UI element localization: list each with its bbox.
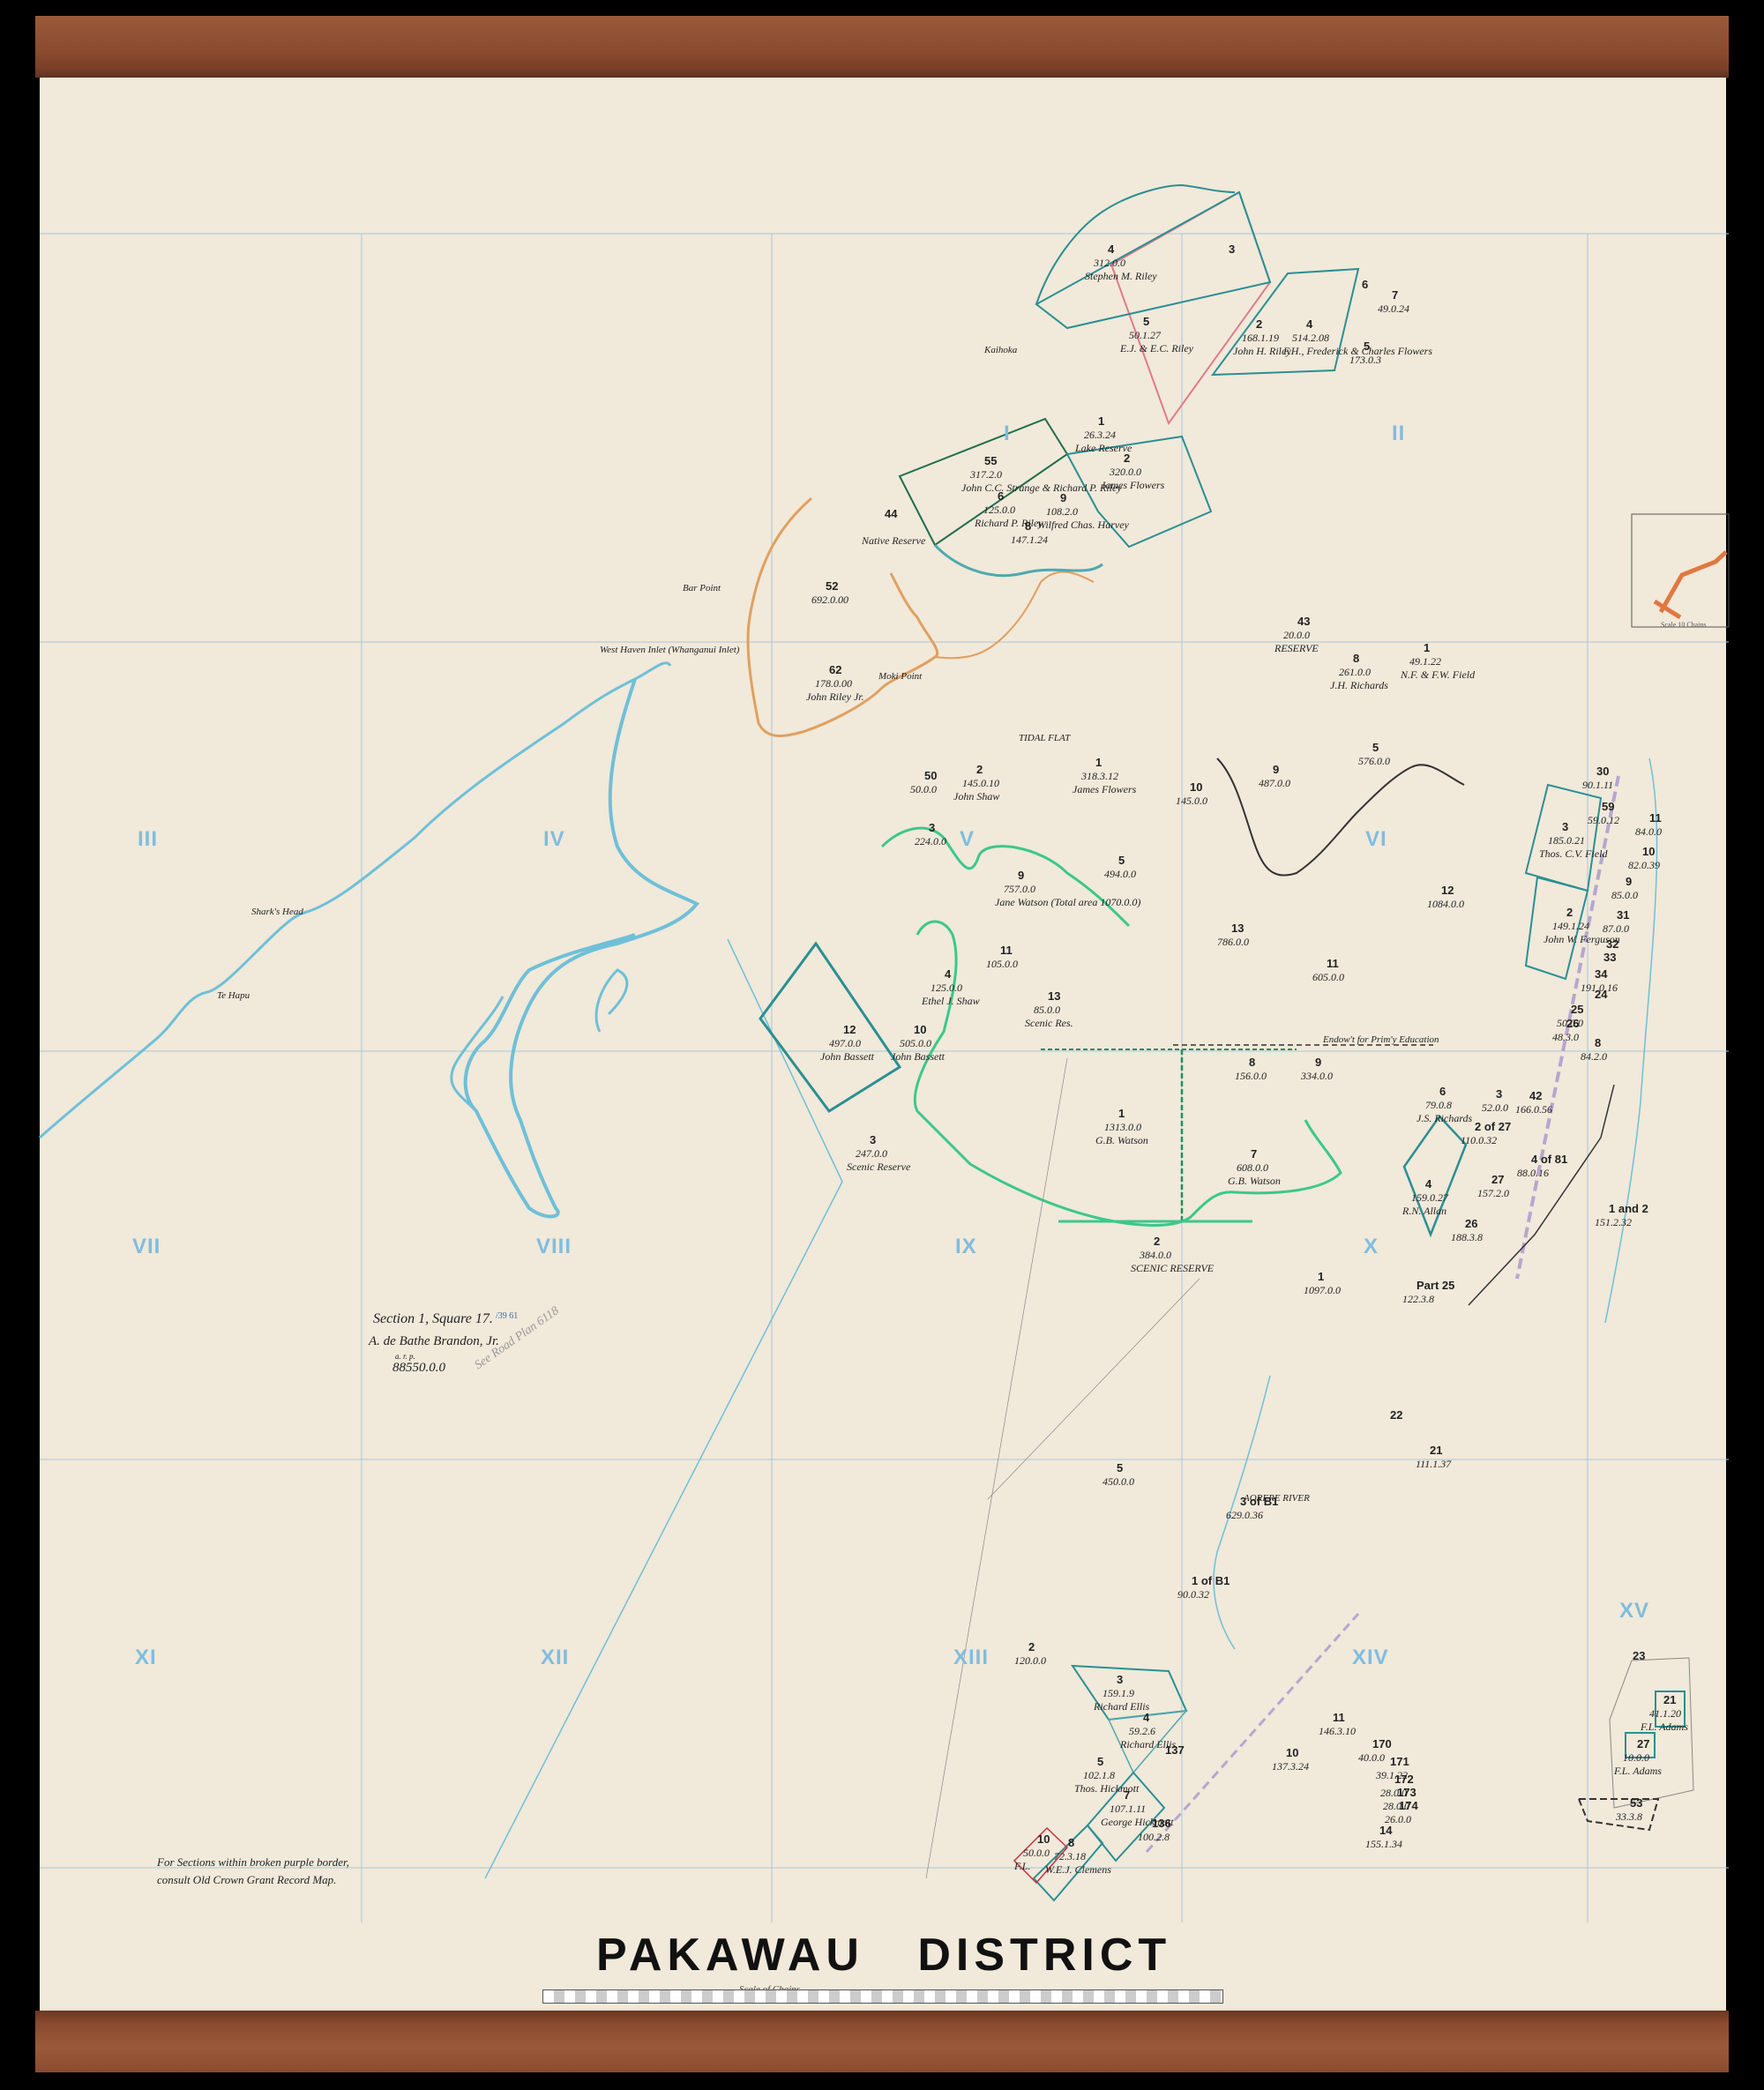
section-number: 32 xyxy=(1606,938,1618,950)
section-area: 125.0.0 xyxy=(931,982,962,993)
section-area: 576.0.0 xyxy=(1358,756,1390,766)
section-number: 170 xyxy=(1372,1738,1392,1750)
section-area: 10.0.0 xyxy=(1623,1752,1649,1763)
section-area: 84.2.0 xyxy=(1581,1051,1607,1062)
section-number: 8 xyxy=(1249,1056,1255,1068)
section-area: 494.0.0 xyxy=(1104,869,1136,879)
section-number: 1 xyxy=(1118,1108,1125,1119)
section-number: 22 xyxy=(1390,1409,1402,1421)
section-number: 5 xyxy=(1364,340,1370,352)
section-area: 334.0.0 xyxy=(1301,1071,1333,1081)
section-area: 79.0.8 xyxy=(1425,1100,1452,1110)
section-area: 145.0.0 xyxy=(1176,795,1207,806)
section-area: 1097.0.0 xyxy=(1304,1285,1341,1295)
map-title: PAKAWAU DISTRICT xyxy=(596,1929,1171,1982)
section-area: 82.0.39 xyxy=(1628,860,1660,870)
section-number: 59 xyxy=(1602,801,1614,812)
section-area: 90.0.32 xyxy=(1177,1589,1209,1600)
section-area: 52.0.0 xyxy=(1482,1102,1508,1113)
section-area: 59.0.12 xyxy=(1588,815,1619,825)
section-number: 13 xyxy=(1048,990,1060,1002)
section-area: 786.0.0 xyxy=(1217,937,1249,947)
section-area: 605.0.0 xyxy=(1312,972,1344,982)
section-area: 72.3.18 xyxy=(1054,1851,1086,1862)
section-note-line1: Section 1, Square 17. xyxy=(373,1311,493,1327)
section-number: 26 xyxy=(1566,1018,1579,1029)
section-number: Part 25 xyxy=(1416,1280,1454,1291)
section-number: 4 xyxy=(1306,318,1312,330)
section-area: 224.0.0 xyxy=(915,836,946,847)
section-number: 34 xyxy=(1595,968,1607,980)
section-number: 3 xyxy=(870,1134,876,1146)
section-number: 10 xyxy=(1037,1833,1050,1845)
section-area: 20.0.0 xyxy=(1283,630,1310,640)
section-number: 7 xyxy=(1251,1148,1257,1160)
survey-district-numeral: XI xyxy=(135,1646,157,1670)
section-area: 155.1.34 xyxy=(1365,1839,1402,1849)
section-number: 173 xyxy=(1397,1787,1416,1798)
survey-district-numeral: X xyxy=(1364,1235,1379,1259)
section-number: 10 xyxy=(914,1024,926,1035)
section-number: 24 xyxy=(1595,989,1607,1000)
place-name: TIDAL FLAT xyxy=(1019,734,1070,743)
section-area: 90.1.11 xyxy=(1582,780,1613,790)
section-number: 171 xyxy=(1390,1756,1409,1767)
section-note-surveyor: A. de Bathe Brandon, Jr. xyxy=(369,1334,499,1349)
section-area: 108.2.0 xyxy=(1046,506,1078,517)
section-number: 4 xyxy=(1143,1712,1149,1723)
section-area: 50.0.0 xyxy=(910,784,937,795)
section-number: 44 xyxy=(885,508,897,519)
west-coastline xyxy=(40,663,670,1138)
section-note-units: a. r. p. xyxy=(395,1352,415,1361)
place-name: Moki Point xyxy=(878,672,922,682)
section-number: 9 xyxy=(1315,1056,1321,1068)
section-area: 487.0.0 xyxy=(1259,778,1290,788)
section-area: 166.0.56 xyxy=(1515,1104,1552,1115)
section-owner: James Flowers xyxy=(1073,784,1136,795)
section-area: 317.2.0 xyxy=(970,469,1002,480)
section-number: 5 xyxy=(1143,316,1149,327)
survey-district-numeral: II xyxy=(1392,422,1405,446)
section-number: 4 xyxy=(1425,1178,1431,1190)
section-owner: Native Reserve xyxy=(862,535,925,546)
section-owner: John Riley Jr. xyxy=(806,691,864,702)
section-number: 4 xyxy=(945,968,951,980)
section-number: 11 xyxy=(1327,958,1339,969)
place-name: Bar Point xyxy=(683,584,721,593)
section-area: 159.1.9 xyxy=(1102,1688,1134,1698)
section-owner: John H. Riley xyxy=(1233,346,1291,356)
section-number: 8 xyxy=(1353,653,1359,664)
section-area: 87.0.0 xyxy=(1603,923,1629,934)
section-area: 149.1.24 xyxy=(1552,921,1589,931)
section-number: 1 of B1 xyxy=(1192,1575,1230,1586)
section-area: 156.0.0 xyxy=(1235,1071,1267,1081)
section-owner: James Flowers xyxy=(1101,480,1164,490)
section-number: 12 xyxy=(843,1024,856,1035)
section-owner: Lake Reserve xyxy=(1075,443,1132,453)
section-area: 145.0.10 xyxy=(962,778,999,788)
section-area: 33.3.8 xyxy=(1616,1811,1642,1822)
place-name: West Haven Inlet (Whanganui Inlet) xyxy=(600,646,739,655)
footnote-line2: consult Old Crown Grant Record Map. xyxy=(157,1873,336,1887)
section-area: 497.0.0 xyxy=(829,1038,861,1049)
section-area: 50.0.0 xyxy=(1023,1847,1050,1858)
place-name: AORERE RIVER xyxy=(1244,1494,1310,1504)
footnote-line1: For Sections within broken purple border… xyxy=(157,1855,349,1870)
section-owner: Jane Watson (Total area 1070.0.0) xyxy=(995,897,1140,907)
section-number: 5 xyxy=(1097,1756,1103,1767)
section-number: 8 xyxy=(1068,1837,1074,1848)
section-number: 52 xyxy=(826,580,838,592)
section-area: 178.0.00 xyxy=(815,678,852,689)
section-owner: Richard Ellis xyxy=(1094,1701,1149,1712)
survey-district-numeral: IV xyxy=(543,827,565,852)
section-owner: W.E.J. Clemens xyxy=(1045,1864,1111,1875)
section-number: 3 xyxy=(1562,821,1568,832)
inlet-coastline xyxy=(466,679,697,1216)
section-number: 7 xyxy=(1392,289,1398,301)
inset-map-frame xyxy=(1632,514,1729,627)
section-area: 137.3.24 xyxy=(1272,1761,1309,1772)
section-area: 49.0.24 xyxy=(1378,303,1409,314)
section-number: 3 xyxy=(929,822,935,833)
section-area: 122.3.8 xyxy=(1402,1294,1434,1304)
section-number: 11 xyxy=(1649,812,1662,824)
section-number: 136 xyxy=(1152,1818,1171,1829)
survey-district-numeral: XIV xyxy=(1352,1646,1389,1670)
section-number: 3 xyxy=(1117,1674,1123,1685)
section-area: 125.0.0 xyxy=(983,504,1015,515)
section-owner: John Bassett xyxy=(891,1051,945,1062)
section-number: 27 xyxy=(1637,1738,1649,1750)
section-number: 2 of 27 xyxy=(1475,1121,1511,1132)
section-number: 62 xyxy=(829,664,841,676)
section-number: 21 xyxy=(1663,1694,1676,1706)
section-area: 84.0.0 xyxy=(1635,826,1662,837)
section-area: 85.0.0 xyxy=(1034,1004,1060,1015)
section-number: 11 xyxy=(1000,944,1013,956)
section-number: 23 xyxy=(1633,1650,1645,1661)
section-number: 7 xyxy=(1124,1789,1130,1801)
section-number: 6 xyxy=(1439,1086,1446,1097)
section-number: 5 xyxy=(1372,742,1379,753)
section-number: 1 xyxy=(1424,642,1430,653)
survey-district-numeral: XV xyxy=(1619,1599,1649,1623)
section-owner: E.J. & E.C. Riley xyxy=(1120,343,1193,354)
section-area: 48.3.0 xyxy=(1552,1032,1579,1042)
section-owner: John Bassett xyxy=(820,1051,874,1062)
section-owner: N.F. & F.W. Field xyxy=(1401,669,1475,680)
section-area: 1313.0.0 xyxy=(1104,1122,1141,1132)
section-area: 50.1.27 xyxy=(1129,330,1161,340)
section-owner: John Shaw xyxy=(953,791,999,802)
section-number: 43 xyxy=(1297,616,1310,627)
section-number: 10 xyxy=(1286,1747,1298,1758)
section-number: 1 xyxy=(1318,1271,1324,1282)
section-number: 1 xyxy=(1095,757,1102,768)
section-number: 6 xyxy=(1362,279,1368,290)
section-number: 31 xyxy=(1617,909,1629,921)
section-area: 1084.0.0 xyxy=(1427,899,1464,909)
map-linework xyxy=(0,0,1764,2090)
section-owner: R.N. Allan xyxy=(1402,1205,1446,1216)
section-owner: G.B. Watson xyxy=(1228,1176,1281,1186)
section-number: 13 xyxy=(1231,922,1244,934)
section-area: 151.2.32 xyxy=(1595,1217,1632,1228)
survey-district-numeral: VII xyxy=(132,1235,161,1259)
section-number: 2 xyxy=(1028,1641,1035,1653)
section-area: 147.1.24 xyxy=(1011,534,1048,545)
survey-district-numeral: IX xyxy=(955,1235,977,1259)
section-area: 41.1.20 xyxy=(1649,1708,1681,1719)
section-owner: F.L. xyxy=(1014,1861,1030,1871)
section-number: 6 xyxy=(998,490,1004,502)
section-owner: Thos. C.V. Field xyxy=(1539,848,1607,859)
section-area: 173.0.3 xyxy=(1349,355,1381,365)
section-number: 172 xyxy=(1394,1773,1414,1785)
section-area: 26.3.24 xyxy=(1084,429,1116,440)
section-owner: Richard P. Riley xyxy=(975,518,1043,528)
section-owner: J.H. Richards xyxy=(1330,680,1388,690)
section-area: 40.0.0 xyxy=(1358,1752,1385,1763)
section-number: 9 xyxy=(1273,764,1279,775)
section-number: 4 of 81 xyxy=(1531,1153,1567,1165)
section-owner: RESERVE xyxy=(1274,643,1319,653)
section-area: 49.1.22 xyxy=(1409,656,1441,667)
section-area: 168.1.19 xyxy=(1242,332,1279,343)
survey-district-numeral: III xyxy=(138,827,158,852)
place-name: Shark's Head xyxy=(251,907,303,917)
section-area: 450.0.0 xyxy=(1102,1476,1134,1487)
section-number: 25 xyxy=(1571,1004,1583,1015)
section-area: 111.1.37 xyxy=(1416,1459,1451,1469)
section-owner: SCENIC RESERVE xyxy=(1131,1263,1214,1273)
section-number: 27 xyxy=(1491,1174,1504,1185)
creek xyxy=(1217,758,1464,876)
section-number: 12 xyxy=(1441,885,1454,896)
section-area: 261.0.0 xyxy=(1339,667,1371,677)
section-number: 14 xyxy=(1379,1825,1392,1836)
section-area: 146.3.10 xyxy=(1319,1726,1356,1736)
pink-parcel-boundary xyxy=(1111,192,1270,423)
section-number: 2 xyxy=(1256,318,1262,330)
section-owner: Scenic Reserve xyxy=(847,1161,910,1172)
section-note-area: 88550.0.0 xyxy=(392,1361,445,1376)
section-number: 2 xyxy=(1566,907,1573,918)
scale-bar xyxy=(542,1989,1223,2004)
section-area: 514.2.08 xyxy=(1292,332,1329,343)
section-number: 2 xyxy=(1154,1235,1160,1247)
section-area: 320.0.0 xyxy=(1110,467,1141,477)
section-owner: John C.C. Strange & Richard P. Riley xyxy=(961,482,1122,493)
section-area: 85.0.0 xyxy=(1611,890,1638,900)
section-owner: G.B. Watson xyxy=(1095,1135,1148,1146)
section-number: 10 xyxy=(1190,781,1202,793)
survey-district-numeral: XII xyxy=(541,1646,569,1670)
section-area: 757.0.0 xyxy=(1004,884,1035,894)
section-area: 59.2.6 xyxy=(1129,1726,1155,1736)
section-number: 5 xyxy=(1118,855,1125,866)
section-number: 1 and 2 xyxy=(1609,1203,1648,1214)
section-area: 100.2.8 xyxy=(1138,1832,1170,1842)
section-owner: Scenic Res. xyxy=(1025,1018,1073,1028)
district-boundary xyxy=(485,1182,842,1878)
section-number: 3 xyxy=(1229,243,1235,255)
section-number: 55 xyxy=(984,455,997,467)
section-area: 608.0.0 xyxy=(1237,1162,1268,1173)
section-note-ref: /39 61 xyxy=(496,1311,518,1321)
section-area: 247.0.0 xyxy=(856,1148,887,1159)
section-number: 3 xyxy=(1496,1088,1502,1100)
section-number: 174 xyxy=(1399,1800,1418,1811)
section-area: 159.0.27 xyxy=(1411,1192,1448,1203)
section-area: 105.0.0 xyxy=(986,959,1018,969)
section-area: 188.3.8 xyxy=(1451,1232,1483,1243)
section-owner: Stephen M. Riley xyxy=(1085,271,1157,281)
section-owner: F.L. Adams xyxy=(1614,1765,1662,1776)
section-area: 692.0.00 xyxy=(811,594,848,605)
inset-scale-label: Scale 10 Chains xyxy=(1661,622,1707,629)
section-number: 1 xyxy=(1098,415,1104,427)
section-number: 5 xyxy=(1117,1462,1123,1474)
section-number: 9 xyxy=(1060,492,1066,504)
section-owner: Ethel J. Shaw xyxy=(922,996,980,1006)
section-number: 53 xyxy=(1630,1797,1642,1809)
survey-district-numeral: VIII xyxy=(536,1235,572,1259)
section-owner: F.L. Adams xyxy=(1641,1721,1688,1732)
survey-district-numeral: V xyxy=(960,827,975,852)
section-area: 384.0.0 xyxy=(1140,1250,1171,1260)
section-area: 157.2.0 xyxy=(1477,1188,1509,1198)
section-area: 88.0.16 xyxy=(1517,1168,1549,1178)
section-number: 9 xyxy=(1018,870,1024,881)
section-number: 137 xyxy=(1165,1744,1185,1756)
section-owner: J.S. Richards xyxy=(1416,1113,1472,1123)
section-number: 4 xyxy=(1108,243,1114,255)
survey-district-numeral: XIII xyxy=(953,1646,989,1670)
section-number: 2 xyxy=(976,764,983,775)
place-name: Endow't for Prim'y Education xyxy=(1323,1035,1439,1045)
survey-district-numeral: VI xyxy=(1365,827,1387,852)
section-area: 107.1.11 xyxy=(1110,1803,1146,1814)
section-number: 8 xyxy=(1025,520,1031,532)
section-number: 42 xyxy=(1529,1090,1542,1101)
section-area: 505.0.0 xyxy=(900,1038,931,1049)
section-number: 10 xyxy=(1642,846,1655,857)
place-name: Kaihoka xyxy=(984,346,1017,355)
section-area: 102.1.8 xyxy=(1083,1770,1115,1780)
survey-district-numeral: I xyxy=(1004,422,1011,446)
section-number: 11 xyxy=(1333,1712,1345,1723)
section-number: 9 xyxy=(1626,876,1632,887)
section-area: 318.3.12 xyxy=(1081,771,1118,781)
section-area: 110.0.32 xyxy=(1461,1135,1497,1146)
bottom-wooden-roller xyxy=(35,2011,1729,2072)
place-name: Te Hapu xyxy=(217,991,250,1001)
section-area: 312.0.0 xyxy=(1094,258,1125,268)
section-number: 33 xyxy=(1603,952,1616,963)
section-number: 30 xyxy=(1596,765,1609,777)
section-area: 185.0.21 xyxy=(1548,835,1585,846)
section-number: 26 xyxy=(1465,1218,1477,1229)
section-area: 629.0.36 xyxy=(1226,1510,1263,1520)
section-owner: Wilfred Chas. Harvey xyxy=(1037,519,1129,530)
section-number: 50 xyxy=(924,770,937,781)
section-number: 21 xyxy=(1430,1444,1442,1456)
teal-parcel-boundary xyxy=(1213,269,1358,375)
section-area: 120.0.0 xyxy=(1014,1655,1046,1666)
section-number: 8 xyxy=(1595,1037,1601,1049)
